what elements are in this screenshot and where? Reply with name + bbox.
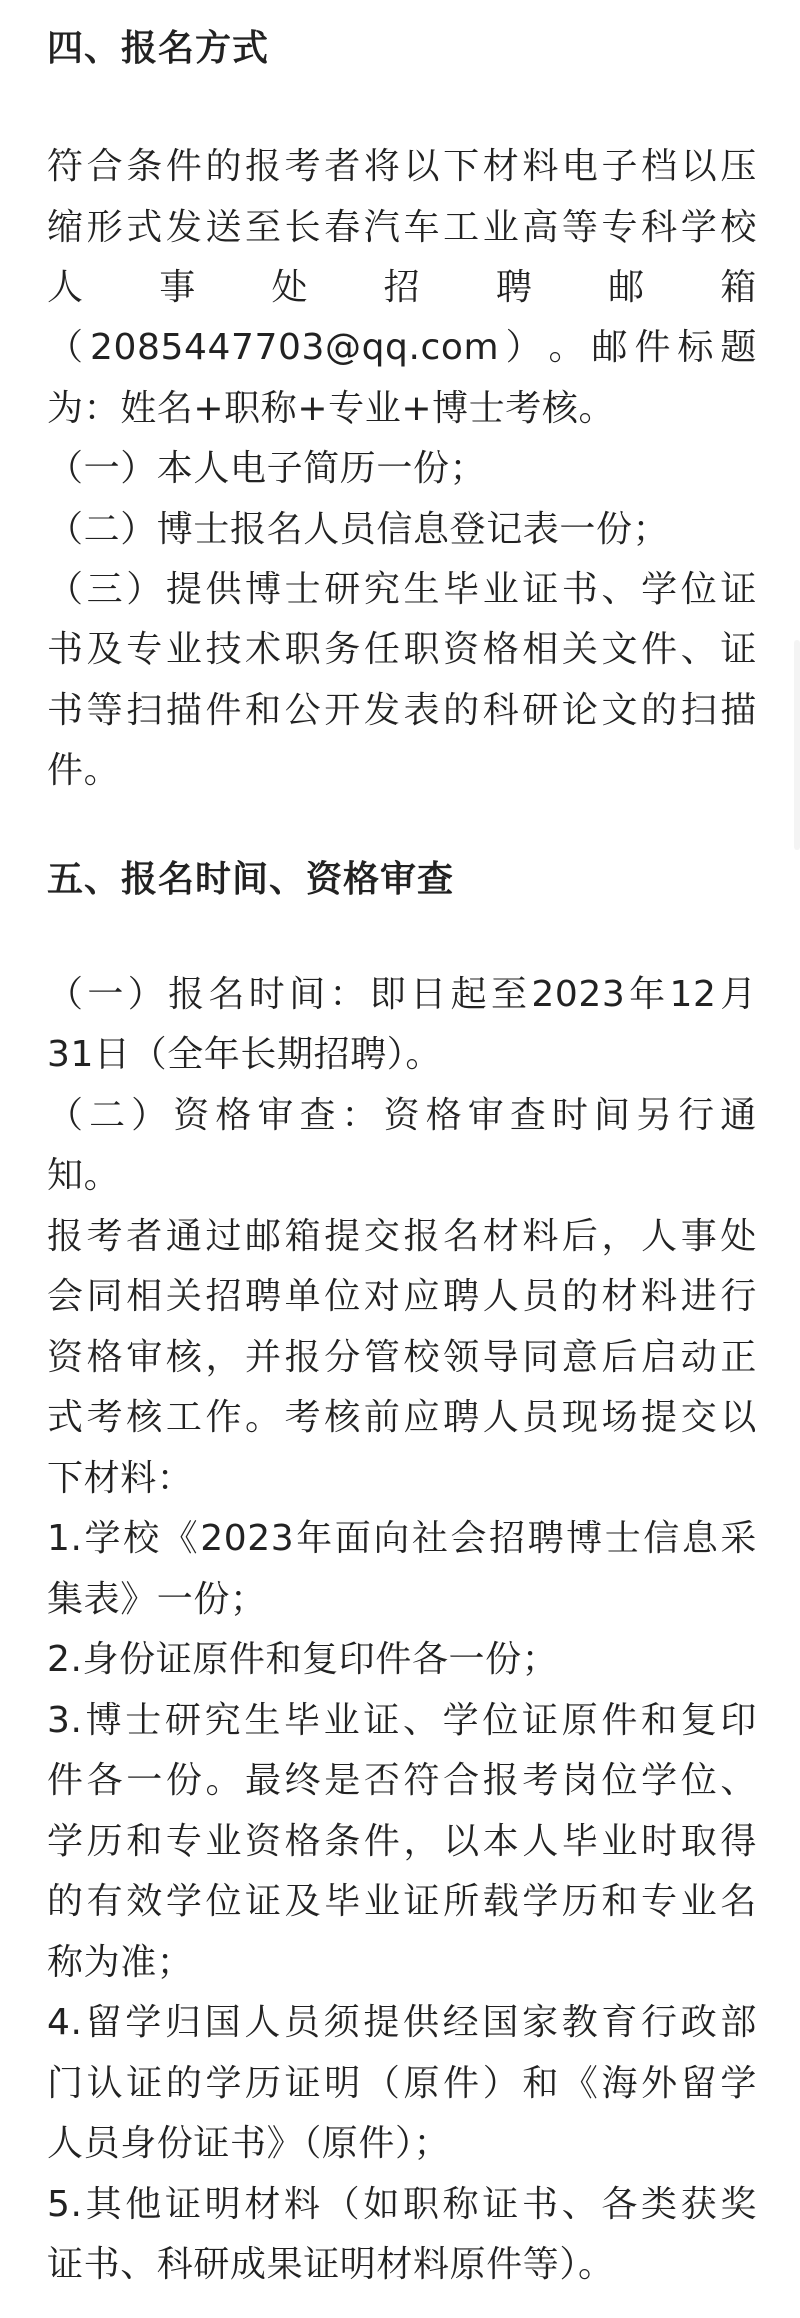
paragraph-line: 下材料： [47, 1449, 757, 1509]
paragraph-line: （一）报名时间：即日起至2023年12月 [47, 965, 757, 1025]
paragraph-line: 2.身份证原件和复印件各一份； [47, 1630, 757, 1690]
paragraph-line: 式考核工作。考核前应聘人员现场提交以 [47, 1388, 757, 1448]
paragraph-line: 资格审核，并报分管校领导同意后启动正 [47, 1328, 757, 1388]
paragraph-line: 的有效学位证及毕业证所载学历和专业名 [47, 1872, 757, 1932]
scrollbar-thumb[interactable] [794, 640, 800, 850]
paragraph-line: 书等扫描件和公开发表的科研论文的扫描 [47, 681, 757, 741]
paragraph-line: 1.学校《2023年面向社会招聘博士信息采 [47, 1509, 757, 1569]
paragraph-line: 缩形式发送至长春汽车工业高等专科学校 [47, 198, 757, 258]
paragraph-line: 符合条件的报考者将以下材料电子档以压 [47, 137, 757, 197]
paragraph-line: 人事处招聘邮箱 [47, 258, 757, 318]
paragraph-line: 学历和专业资格条件，以本人毕业时取得 [47, 1812, 757, 1872]
paragraph-line: 4.留学归国人员须提供经国家教育行政部 [47, 1993, 757, 2053]
paragraph-line: 知。 [47, 1146, 757, 1206]
paragraph-line: 书及专业技术职务任职资格相关文件、证 [47, 620, 757, 680]
paragraph-line: 为：姓名+职称+专业+博士考核。 [47, 379, 757, 439]
paragraph-line: 31日（全年长期招聘）。 [47, 1025, 757, 1085]
paragraph-line: 报考者通过邮箱提交报名材料后，人事处 [47, 1207, 757, 1267]
paragraph-line: 件各一份。最终是否符合报考岗位学位、 [47, 1751, 757, 1811]
paragraph-line: 门认证的学历证明（原件）和《海外留学 [47, 2054, 757, 2114]
paragraph-line: （2085447703@qq.com）。邮件标题 [47, 318, 757, 378]
section-heading: 五、报名时间、资格审查 [47, 850, 757, 910]
paragraph-line: 会同相关招聘单位对应聘人员的材料进行 [47, 1267, 757, 1327]
paragraph-line: 集表》一份； [47, 1570, 757, 1630]
paragraph-line: 称为准； [47, 1933, 757, 1993]
paragraph-line: 5.其他证明材料（如职称证书、各类获奖 [47, 2175, 757, 2235]
paragraph-line: （三）提供博士研究生毕业证书、学位证 [47, 560, 757, 620]
section-heading: 四、报名方式 [47, 19, 757, 79]
paragraph-line: 3.博士研究生毕业证、学位证原件和复印 [47, 1691, 757, 1751]
paragraph-line: 人员身份证书》（原件）； [47, 2114, 757, 2174]
paragraph-line: （二）资格审查：资格审查时间另行通 [47, 1086, 757, 1146]
paragraph-line: （一）本人电子简历一份； [47, 439, 757, 499]
paragraph-line: （二）博士报名人员信息登记表一份； [47, 500, 757, 560]
paragraph-line: 件。 [47, 741, 757, 801]
paragraph-line: 证书、科研成果证明材料原件等）。 [47, 2235, 757, 2295]
